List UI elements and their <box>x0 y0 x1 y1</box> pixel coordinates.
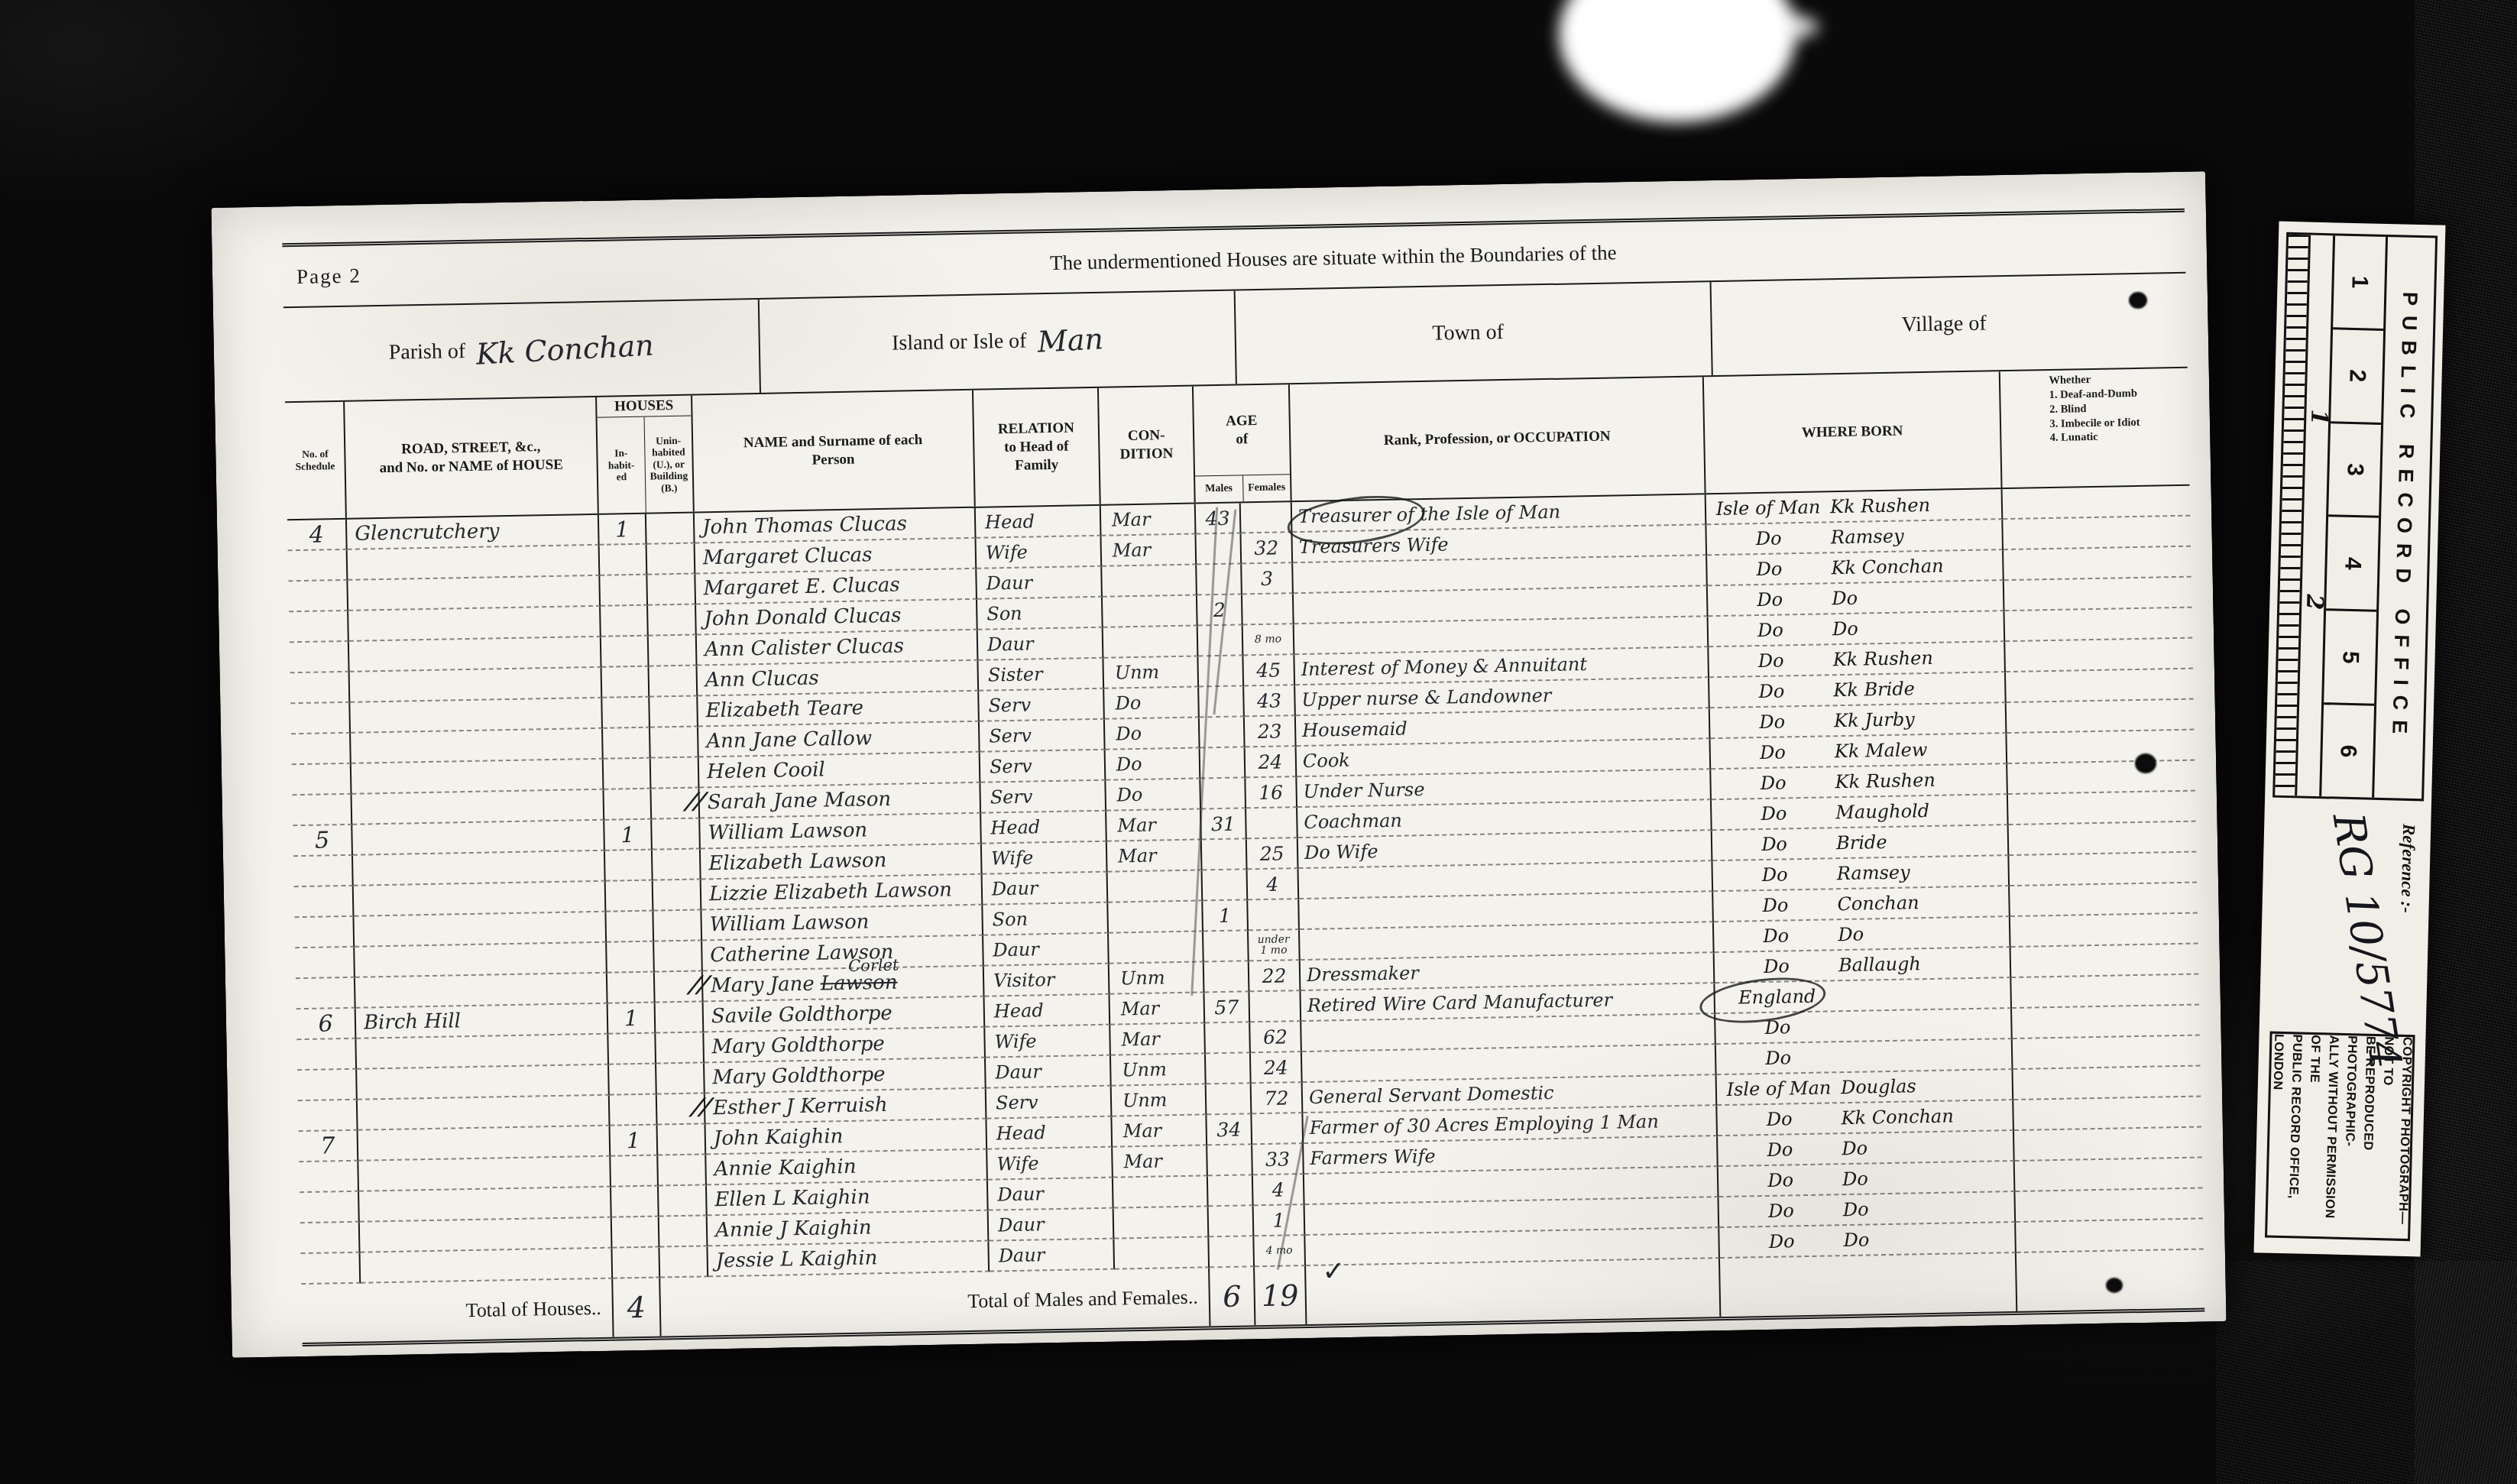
cell-cond: Do <box>1105 718 1200 750</box>
cell-house <box>355 974 608 1009</box>
cell-name: Lizzie Elizabeth Lawson <box>701 875 983 911</box>
cell-house <box>359 1188 612 1223</box>
cell-name: //Sarah Jane Mason <box>699 783 981 819</box>
born-parish: Kk Rushen <box>1832 646 2004 670</box>
light-leak-blob <box>1559 0 1796 122</box>
cell-cond: Mar <box>1112 1115 1207 1147</box>
cell-inh <box>606 881 654 912</box>
cell-uninh <box>656 1002 705 1033</box>
person-name: Margaret E. Clucas <box>703 574 900 601</box>
cell-schedule <box>294 886 355 918</box>
col-males: Males <box>1195 475 1243 502</box>
cell-schedule: 6 <box>296 1009 357 1040</box>
born-country: Do <box>1719 1199 1844 1223</box>
cell-inh <box>602 667 650 698</box>
cell-whether <box>2015 1158 2203 1192</box>
cell-whether <box>2013 1036 2201 1070</box>
cell-name: Margaret Clucas <box>695 539 977 575</box>
page-number: Page 2 <box>296 264 361 289</box>
cell-schedule <box>291 734 351 765</box>
cell-house <box>353 851 606 886</box>
cell-house <box>352 821 605 856</box>
cell-relation: Daur <box>988 1178 1114 1211</box>
cell-house <box>352 790 605 825</box>
cell-inh <box>600 545 648 576</box>
cell-schedule <box>293 856 354 887</box>
born-country: Do <box>1716 1046 1841 1070</box>
col-houses-group: HOUSES In- habit- ed Unin- habited (U.),… <box>597 396 695 514</box>
person-name: Ann Clucas <box>705 667 819 692</box>
cell-house <box>358 1157 611 1192</box>
cell-name: //Esther J Kerruish <box>705 1089 987 1125</box>
cell-whether <box>2007 761 2195 795</box>
cell-relation: Daur <box>978 628 1104 661</box>
surname-correction: Corlet <box>848 956 899 975</box>
cell-f: 3 <box>1242 563 1294 595</box>
cell-inh <box>603 728 651 760</box>
cell-house <box>348 546 601 581</box>
cell-uninh <box>659 1185 708 1217</box>
cell-born: DoKk Malew <box>1710 734 2007 770</box>
cell-relation: Head <box>976 506 1102 539</box>
person-name: Mary Jane <box>711 973 815 997</box>
cell-schedule <box>298 1100 358 1132</box>
person-name: Annie Kaighin <box>714 1155 856 1181</box>
pro-reference-strip: PUBLIC RECORD OFFICE 123456 1 2 Referenc… <box>2254 222 2446 1257</box>
born-parish: Ramsey <box>1831 523 2002 548</box>
cell-name: Ann Calister Clucas <box>697 630 979 666</box>
cell-born: DoDo <box>1718 1162 2016 1197</box>
cell-m <box>1205 1022 1251 1054</box>
cell-whether <box>2009 822 2197 856</box>
cell-born: DoRamsey <box>1706 520 2004 556</box>
cell-relation: Daur <box>989 1209 1115 1242</box>
person-name: Ellen L Kaighin <box>714 1185 870 1211</box>
cell-schedule <box>299 1162 359 1193</box>
born-country: Do <box>1707 557 1832 581</box>
cell-cond: Mar <box>1101 534 1197 566</box>
cell-m <box>1207 1145 1253 1176</box>
cell-relation: Head <box>981 812 1107 844</box>
cell-name: Jessie L Kaighin <box>708 1242 990 1278</box>
person-name: Margaret Clucas <box>703 543 873 569</box>
col-whether: Whether 1. Deaf-and-Dumb 2. Blind 3. Imb… <box>2000 368 2190 488</box>
cell-born: DoConchan <box>1713 886 2010 922</box>
cell-schedule <box>289 611 349 643</box>
cell-whether <box>2010 883 2198 917</box>
cell-f: 1 <box>1254 1205 1306 1236</box>
cell-f <box>1242 594 1294 625</box>
cell-cond: Unm <box>1103 656 1199 689</box>
person-name: John Thomas Clucas <box>702 512 907 539</box>
born-country: Do <box>1709 618 1833 642</box>
cell-name: Mary Goldthorpe <box>705 1058 986 1094</box>
cell-name: Margaret E. Clucas <box>695 569 977 605</box>
cell-inh <box>607 942 655 974</box>
person-name: Sarah Jane Mason <box>708 788 892 814</box>
reference-label: Reference :- <box>2396 824 2418 913</box>
pro-ruler: PUBLIC RECORD OFFICE 123456 1 2 <box>2272 232 2438 802</box>
cell-f: 72 <box>1252 1083 1304 1114</box>
cell-cond: Unm <box>1111 1054 1207 1086</box>
cell-f: 22 <box>1249 961 1301 992</box>
cell-f: 23 <box>1245 716 1297 747</box>
col-name: NAME and Surname of each Person <box>692 390 976 512</box>
ink-blot-bottom <box>2106 1278 2123 1293</box>
ruler-number: 4 <box>2326 517 2379 612</box>
cell-whether <box>2008 792 2196 825</box>
cell-inh: 1 <box>604 820 653 851</box>
cell-inh <box>606 912 654 943</box>
born-country: Do <box>1713 893 1838 917</box>
total-females-value: 19 <box>1255 1266 1307 1325</box>
cell-inh <box>609 1064 657 1096</box>
cell-born: DoKk Rushen <box>1711 764 2008 800</box>
cell-schedule <box>290 672 351 704</box>
jurisdiction-town: Town of <box>1236 282 1713 384</box>
cell-schedule: 7 <box>299 1131 359 1162</box>
cell-cond: Mar <box>1110 1023 1206 1055</box>
cell-schedule <box>290 703 351 734</box>
cell-uninh <box>659 1246 708 1278</box>
born-parish: Do <box>1843 1226 2014 1251</box>
island-label: Island or Isle of <box>892 329 1027 356</box>
born-country: Do <box>1712 802 1836 825</box>
cell-m: 57 <box>1204 992 1250 1023</box>
cell-inh <box>612 1217 660 1249</box>
cell-relation: Serv <box>986 1087 1113 1119</box>
cell-f: 4 <box>1248 869 1300 900</box>
cell-name: //Mary JaneLawsonCorlet <box>703 967 985 1003</box>
cell-whether <box>2011 975 2199 1009</box>
cell-cond <box>1113 1176 1209 1208</box>
cell-name: Helen Cooil <box>699 753 981 789</box>
born-parish: Kk Jurby <box>1834 707 2005 731</box>
cell-m <box>1207 1084 1252 1115</box>
light-leak-streak <box>1773 15 1819 38</box>
cell-name: Ellen L Kaighin <box>707 1181 989 1217</box>
cell-born: DoKk Rushen <box>1709 642 2006 678</box>
cell-uninh <box>654 941 703 972</box>
ruler-number: 5 <box>2324 611 2376 706</box>
cell-f <box>1252 1113 1304 1145</box>
cell-whether <box>2003 486 2191 520</box>
jurisdiction-island: Island or Isle of Man <box>760 290 1237 392</box>
cell-cond <box>1103 595 1198 627</box>
cell-cond <box>1103 626 1199 658</box>
cell-cond: Do <box>1106 748 1201 780</box>
cell-house <box>348 607 601 642</box>
cell-house <box>358 1096 611 1131</box>
cell-schedule: 5 <box>293 825 353 857</box>
pro-reference: Reference :- RG 10/5774 <box>2259 797 2431 1035</box>
cell-whether <box>2011 945 2199 978</box>
born-country: Do <box>1713 863 1838 886</box>
born-country: Isle of Man <box>1717 1077 1842 1100</box>
cell-f <box>1246 808 1298 839</box>
cell-m <box>1209 1236 1255 1268</box>
born-country: Do <box>1719 1230 1844 1253</box>
cell-whether <box>2013 1067 2201 1100</box>
cell-uninh <box>652 818 701 850</box>
cell-whether <box>2012 1006 2200 1039</box>
village-label: Village of <box>1901 311 1987 337</box>
parish-label: Parish of <box>389 339 466 365</box>
check-mark: ✓ <box>1322 1256 1346 1288</box>
cell-uninh <box>658 1124 707 1155</box>
total-males-females-label: Total of Males and Females.. <box>660 1268 1210 1336</box>
total-males-value: 6 <box>1210 1267 1255 1326</box>
cell-born: DoDo <box>1719 1223 2017 1259</box>
cell-relation: Daur <box>977 567 1103 600</box>
cell-f <box>1248 899 1300 931</box>
born-parish: Kk Rushen <box>1830 493 2001 517</box>
cell-house <box>358 1126 611 1162</box>
cell-f: 24 <box>1246 747 1297 778</box>
cell-born: DoKk Conchan <box>1707 550 2004 586</box>
col-uninhabited: Unin- habited (U.), or Building (B.) <box>645 416 693 513</box>
col-road: ROAD, STREET, &c., and No. or NAME of HO… <box>345 397 599 518</box>
cell-uninh <box>656 1063 705 1094</box>
table-body: 4Glencrutchery1John Thomas ClucasHeadMar… <box>287 486 2204 1285</box>
born-country: Do <box>1715 954 1839 978</box>
cell-f: 8 mo <box>1243 624 1295 656</box>
cell-relation: Wife <box>982 842 1108 875</box>
col-condition: CON- DITION <box>1099 387 1196 504</box>
born-country: Do <box>1718 1138 1842 1162</box>
cell-relation: Serv <box>979 689 1105 722</box>
col-born: WHERE BORN <box>1704 371 2003 493</box>
person-name: Ann Calister Clucas <box>705 635 904 662</box>
cell-uninh <box>653 910 702 941</box>
cell-cond: Unm <box>1112 1084 1207 1116</box>
cell-whether <box>2010 914 2198 948</box>
born-parish: Ballaugh <box>1838 951 2010 976</box>
cell-name: Ann Clucas <box>698 661 980 697</box>
born-parish: Bride <box>1836 829 2007 854</box>
cell-born: DoKk Conchan <box>1717 1100 2014 1136</box>
cell-uninh <box>647 575 696 606</box>
cell-name: Catherine Lawson <box>702 936 984 972</box>
cell-name: William Lawson <box>700 814 982 850</box>
cell-schedule <box>297 1070 358 1101</box>
ruler-number: 2 <box>2331 329 2383 424</box>
born-parish: Do <box>1832 615 2004 640</box>
cell-relation: Daur <box>983 873 1109 906</box>
totals-empty-born <box>1720 1253 2017 1317</box>
film-scan-background: { "header": { "page_label": "Page 2", "t… <box>0 0 2517 1484</box>
cell-f <box>1241 502 1293 533</box>
cell-cond <box>1108 870 1203 902</box>
cell-m <box>1204 961 1250 993</box>
cell-uninh <box>648 604 697 636</box>
cell-whether <box>2005 639 2193 672</box>
cell-inh <box>601 606 649 637</box>
ruler-number: 1 <box>2333 235 2386 330</box>
cell-relation: Son <box>983 903 1109 936</box>
born-parish: Kk Malew <box>1835 737 2006 762</box>
cell-cond <box>1102 565 1197 597</box>
cell-name: William Lawson <box>701 906 983 941</box>
cell-schedule <box>300 1223 361 1254</box>
cell-f: under 1 mo <box>1249 930 1301 961</box>
cell-whether <box>2003 517 2191 550</box>
cell-whether <box>2016 1219 2204 1252</box>
cell-uninh <box>649 696 698 727</box>
cell-name: Savile Goldthorpe <box>704 997 986 1033</box>
born-country: Do <box>1714 924 1838 948</box>
col-schedule: No. of Schedule <box>285 402 347 519</box>
ink-blot-top <box>2129 292 2147 309</box>
cell-f: 24 <box>1251 1052 1303 1084</box>
cell-whether <box>2004 547 2191 581</box>
cell-name: John Thomas Clucas <box>695 508 977 544</box>
cell-relation: Wife <box>985 1026 1111 1058</box>
cell-name: Mary Goldthorpe <box>704 1028 986 1064</box>
born-parish: Do <box>1832 585 2003 609</box>
cell-relation: Head <box>986 1117 1113 1150</box>
born-parish: Kk Conchan <box>1841 1104 2012 1129</box>
cell-inh <box>601 637 649 668</box>
person-name: William Lawson <box>709 910 869 936</box>
cell-uninh <box>656 1032 705 1064</box>
cell-inh <box>607 973 656 1004</box>
cell-whether <box>2014 1128 2202 1162</box>
cell-uninh <box>659 1216 708 1247</box>
cell-name: Annie Kaighin <box>706 1150 988 1186</box>
ink-blot-middle <box>2135 753 2156 773</box>
cell-whether <box>2005 608 2193 642</box>
cell-inh: 1 <box>611 1126 659 1157</box>
cell-house <box>360 1218 613 1253</box>
born-country: Do <box>1706 527 1831 550</box>
born-parish: Kk Rushen <box>1835 768 2006 792</box>
cell-name: Elizabeth Teare <box>698 692 980 727</box>
cell-m <box>1206 1053 1252 1084</box>
cell-cond: Do <box>1106 779 1201 811</box>
cell-f: 43 <box>1244 685 1296 717</box>
cell-house <box>361 1249 614 1284</box>
cell-relation: Daur <box>986 1056 1112 1089</box>
cell-uninh <box>650 727 699 758</box>
cell-house <box>350 668 603 703</box>
born-country: Do <box>1712 832 1837 856</box>
cell-m: 34 <box>1207 1114 1252 1145</box>
cell-relation: Son <box>977 598 1103 630</box>
cell-cond: Mar <box>1101 504 1197 536</box>
cell-relation: Wife <box>987 1148 1113 1181</box>
person-name: Annie J Kaighin <box>715 1216 872 1242</box>
parish-value: Kk Conchan <box>475 328 655 371</box>
cell-whether <box>2007 731 2195 764</box>
born-parish: Kk Bride <box>1833 676 2004 701</box>
cell-cond <box>1114 1237 1210 1269</box>
cell-f: 16 <box>1246 777 1297 808</box>
cell-uninh <box>649 635 698 666</box>
cell-f: 25 <box>1247 838 1299 870</box>
jurisdiction-parish: Parish of Kk Conchan <box>283 300 761 401</box>
cell-whether <box>2004 578 2192 611</box>
cell-m <box>1200 778 1246 809</box>
island-value: Man <box>1036 322 1103 359</box>
ruler-number: 6 <box>2321 705 2374 797</box>
born-country: Isle of Man <box>1706 496 1831 520</box>
cell-inh <box>611 1156 659 1188</box>
person-name: Elizabeth Teare <box>705 697 863 723</box>
reference-value: RG 10/5774 <box>2323 810 2411 1072</box>
cell-relation: Serv <box>980 750 1106 783</box>
born-country: Do <box>1708 588 1832 611</box>
cell-m: 1 <box>1203 900 1249 932</box>
cell-house <box>354 912 607 948</box>
cell-schedule <box>294 917 355 948</box>
cell-born: DoKk Bride <box>1709 672 2007 708</box>
cell-schedule <box>301 1253 361 1285</box>
cell-name: Elizabeth Lawson <box>701 844 983 880</box>
born-country: Do <box>1709 679 1834 703</box>
cell-m: 31 <box>1201 808 1247 840</box>
col-relation: RELATION to Head of Family <box>973 388 1101 507</box>
cell-house <box>350 698 603 734</box>
cell-schedule <box>288 550 348 582</box>
born-parish: Douglas <box>1841 1074 2012 1098</box>
person-name: Esther J Kerruish <box>713 1094 888 1119</box>
cell-house <box>357 1065 610 1100</box>
cell-m <box>1202 839 1248 870</box>
born-country: Do <box>1711 740 1835 764</box>
col-females: Females <box>1243 475 1291 501</box>
cell-house <box>351 760 604 795</box>
cell-schedule <box>288 581 348 612</box>
pro-strip-content: PUBLIC RECORD OFFICE 123456 1 2 Referenc… <box>2254 222 2446 1257</box>
cell-inh <box>602 698 650 729</box>
cell-inh: 1 <box>608 1003 656 1035</box>
cell-f: 62 <box>1250 1022 1302 1053</box>
cell-cond: Mar <box>1109 993 1205 1025</box>
cell-cond: Mar <box>1106 809 1202 841</box>
cell-whether <box>2013 1097 2201 1131</box>
cell-inh <box>610 1095 658 1126</box>
cell-inh <box>611 1187 659 1218</box>
cell-m <box>1209 1206 1255 1237</box>
cell-inh <box>612 1248 660 1279</box>
inch-label-2: 2 <box>2301 594 2327 611</box>
person-name: William Lawson <box>708 818 867 844</box>
ruler-number: 3 <box>2328 423 2381 518</box>
cell-inh <box>608 1034 656 1065</box>
jurisdiction-village: Village of <box>1712 274 2188 375</box>
born-parish: Conchan <box>1837 890 2008 915</box>
census-page: Page 2 The undermentioned Houses are sit… <box>211 171 2226 1358</box>
cell-born: DoDo <box>1708 581 2005 617</box>
cell-schedule <box>292 764 352 795</box>
col-inhabited: In- habit- ed <box>598 417 646 514</box>
born-parish: Do <box>1838 921 2009 945</box>
houses-group-title: HOUSES <box>614 396 674 416</box>
born-parish: Do <box>1842 1165 2013 1190</box>
cell-cond: Mar <box>1107 840 1203 872</box>
cell-born: DoDo <box>1709 611 2006 647</box>
born-country: Do <box>1709 649 1833 672</box>
born-parish: Maughold <box>1835 799 2007 823</box>
cell-name: John Donald Clucas <box>696 600 978 636</box>
cell-born: DoRamsey <box>1712 856 2010 892</box>
cell-schedule <box>300 1192 360 1223</box>
cell-born: Isle of ManKk Rushen <box>1706 489 2004 525</box>
cell-house <box>351 729 604 764</box>
cell-cond: Mar <box>1113 1145 1208 1178</box>
totals-empty-occ <box>1306 1259 1721 1324</box>
